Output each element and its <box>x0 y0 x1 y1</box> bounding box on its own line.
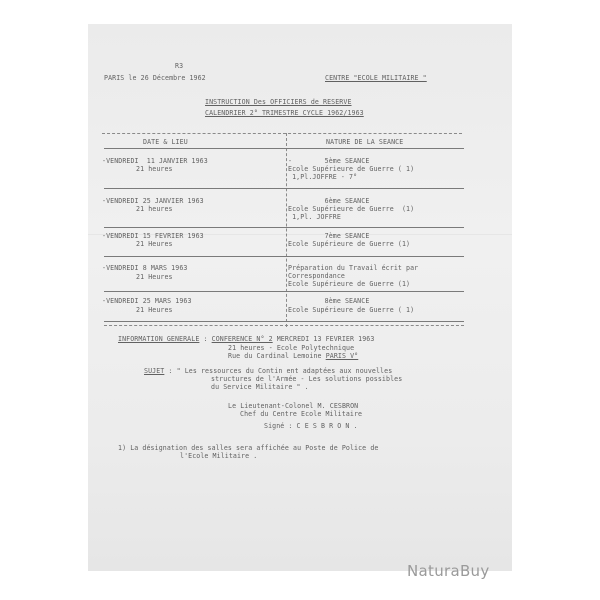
footnote-line-2: l'Ecole Militaire . <box>180 452 257 460</box>
document-ref: R3 <box>175 62 183 70</box>
table-bottom-rule <box>104 325 464 326</box>
info-sep: : <box>199 335 211 343</box>
conference-number: CONFERENCE N° 2 <box>212 335 273 343</box>
info-city: PARIS V° <box>326 352 359 360</box>
column-divider <box>286 133 287 327</box>
footnote-line-1: 1) La désignation des salles sera affich… <box>118 444 378 452</box>
subject-label: SUJET <box>144 367 164 375</box>
row-nature: 7ème SEANCE <box>288 232 369 240</box>
place-date: PARIS le 26 Décembre 1962 <box>104 74 206 82</box>
row-rule <box>104 321 464 322</box>
row-rule <box>104 188 464 189</box>
row-nature: Ecole Supérieure de Guerre ( 1) <box>288 165 414 173</box>
row-nature: 1,Pl.JOFFRE - 7° <box>288 173 357 181</box>
row-rule <box>104 291 464 292</box>
row-time: 21 Heures <box>136 306 173 314</box>
subject-text: : " Les ressources du Contin ent adaptée… <box>164 367 392 375</box>
row-date: -VENDREDI 11 JANVIER 1963 <box>102 157 208 165</box>
document-page: R3 PARIS le 26 Décembre 1962 CENTRE "ECO… <box>88 24 512 571</box>
header-rule <box>104 148 464 149</box>
row-date: -VENDREDI 25 JANVIER 1963 <box>102 197 204 205</box>
row-nature: Préparation du Travail écrit par <box>288 264 418 272</box>
naturabuy-watermark: NaturaBuy <box>407 562 490 580</box>
info-label: INFORMATION GENERALE <box>118 335 199 343</box>
info-line-1: INFORMATION GENERALE : CONFERENCE N° 2 M… <box>118 335 374 343</box>
row-time: 21 Heures <box>136 273 173 281</box>
row-nature: - 5ème SEANCE <box>288 157 369 165</box>
signature-line-1: Le Lieutenant-Colonel M. CESBRON <box>228 402 358 410</box>
info-line-3: Rue du Cardinal Lemoine PARIS V° <box>228 352 358 360</box>
row-date: -VENDREDI 8 MARS 1963 <box>102 264 187 272</box>
conference-date: MERCREDI 13 FEVRIER 1963 <box>273 335 375 343</box>
row-nature: Ecole Supérieure de Guerre ( 1) <box>288 306 414 314</box>
title-line-2: CALENDRIER 2° TRIMESTRE CYCLE 1962/1963 <box>205 109 364 117</box>
row-nature: 8ème SEANCE <box>288 297 369 305</box>
info-line-2: 21 heures - Ecole Polytechnique <box>228 344 354 352</box>
signature-line-2: Chef du Centre Ecole Militaire <box>240 410 362 418</box>
signature-line-3: Signé : C E S B R O N . <box>264 422 358 430</box>
row-nature: 6ème SEANCE <box>288 197 369 205</box>
table-top-rule <box>102 133 462 134</box>
row-date: -VENDREDI 25 MARS 1963 <box>102 297 192 305</box>
row-time: 21 heures <box>136 205 173 213</box>
row-nature: Ecole Supérieure de Guerre (1) <box>288 240 410 248</box>
row-date: -VENDREDI 15 FEVRIER 1963 <box>102 232 204 240</box>
row-time: 21 heures <box>136 165 173 173</box>
title-line-1: INSTRUCTION Des OFFICIERS de RESERVE <box>205 98 352 106</box>
row-time: 21 Heures <box>136 240 173 248</box>
info-address: Rue du Cardinal Lemoine <box>228 352 326 360</box>
row-rule <box>104 256 464 257</box>
center-name: CENTRE "ECOLE MILITAIRE " <box>325 74 427 82</box>
row-nature: Ecole Supérieure de Guerre (1) <box>288 205 414 213</box>
header-date: DATE & LIEU <box>143 138 188 146</box>
subject-line-1: SUJET : " Les ressources du Contin ent a… <box>144 367 392 375</box>
row-nature: Correspondance <box>288 272 345 280</box>
row-nature: Ecole Supérieure de Guerre (1) <box>288 280 410 288</box>
subject-line-2: structures de l'Armée - Les solutions po… <box>211 375 402 383</box>
header-nature: NATURE DE LA SEANCE <box>326 138 403 146</box>
row-nature: 1,Pl. JOFFRE <box>288 213 341 221</box>
subject-line-3: du Service Militaire " . <box>211 383 309 391</box>
row-rule <box>104 227 464 228</box>
